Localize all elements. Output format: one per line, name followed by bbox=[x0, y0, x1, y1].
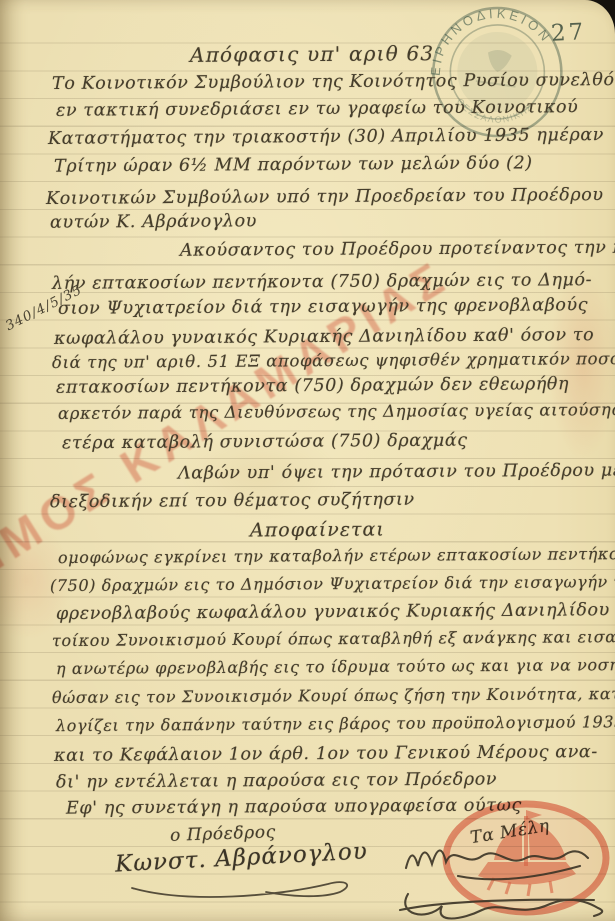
manuscript-line: φρενοβλαβούς κωφαλάλου γυναικός Κυριακής… bbox=[56, 600, 615, 624]
manuscript-line: αυτών Κ. Αβράνογλου bbox=[50, 211, 257, 232]
page-number: 27 bbox=[550, 19, 587, 47]
manuscript-line: θώσαν εις τον Συνοικισμόν Κουρί όπως ζήσ… bbox=[52, 684, 615, 707]
manuscript-line: αρκετόν παρά της Διευθύνσεως της Δημοσία… bbox=[58, 400, 615, 423]
manuscript-line: κωφαλάλου γυναικός Κυριακής Δανιηλίδου κ… bbox=[54, 325, 594, 349]
manuscript-line: Τρίτην ώραν 6½ ΜΜ παρόντων των μελών δύο… bbox=[54, 153, 533, 176]
manuscript-line: Καταστήματος την τριακοστήν (30) Απριλίο… bbox=[48, 125, 604, 149]
manuscript-line: λήν επτακοσίων πεντήκοντα (750) δραχμών … bbox=[52, 270, 592, 294]
manuscript-line: ομοφώνως εγκρίνει την καταβολήν ετέρων ε… bbox=[58, 544, 615, 567]
president-label: ο Πρόεδρος bbox=[170, 822, 276, 846]
president-signature: Κωνστ. Αβράνογλου bbox=[114, 838, 368, 877]
manuscript-line: η ανωτέρω φρενοβλαβής εις το ίδρυμα τούτ… bbox=[56, 655, 615, 678]
manuscript-line: διεξοδικήν επί του θέματος συζήτησιν bbox=[50, 490, 415, 513]
manuscript-line: Το Κοινοτικόν Συμβούλιον της Κοινότητος … bbox=[52, 70, 615, 94]
manuscript-line: λογίζει την δαπάνην ταύτην εις βάρος του… bbox=[56, 712, 615, 735]
manuscript-line: Ακούσαντος του Προέδρου προτείναντος την… bbox=[180, 237, 615, 261]
manuscript-line: εν τακτική συνεδριάσει εν τω γραφείω του… bbox=[56, 97, 579, 121]
manuscript-line: ετέρα καταβολή συνιστώσα (750) δραχμάς bbox=[62, 431, 468, 454]
members-signatures bbox=[398, 838, 615, 920]
manuscript-line: τοίκου Συνοικισμού Κουρί όπως καταβληθή … bbox=[52, 627, 615, 650]
manuscript-line: Λαβών υπ' όψει την πρότασιν του Προέδρου… bbox=[178, 460, 615, 483]
manuscript-line: Κοινοτικών Συμβούλων υπό την Προεδρείαν … bbox=[46, 185, 604, 209]
manuscript-line: (750) δραχμών εις το Δημόσιον Ψυχιατρείο… bbox=[50, 572, 615, 595]
signature-flourish bbox=[128, 876, 363, 904]
decision-title: Απόφασις υπ' αριθ 63 bbox=[190, 41, 434, 67]
decision-heading: Αποφαίνεται bbox=[250, 519, 385, 542]
manuscript-line: δι' ην εντέλλεται η παρούσα εις τον Πρόε… bbox=[56, 769, 497, 792]
manuscript-line: και το Κεφάλαιον 1ον άρθ. 1ον του Γενικο… bbox=[54, 742, 598, 766]
manuscript-line: διά της υπ' αριθ. 51 ΕΞ αποφάσεως ψηφισθ… bbox=[52, 349, 615, 372]
scanned-manuscript-page: ΕΙΡΗΝΟΔΙΚΕΙΟΝ ΘΕΣΣΑΛΟΝΙΚΗΣ 27 340/4/5/35… bbox=[0, 0, 615, 921]
manuscript-line: επτακοσίων πεντήκοντα (750) δραχμών δεν … bbox=[56, 374, 569, 398]
manuscript-line: σιον Ψυχιατρείον διά την εισαγωγήν της φ… bbox=[58, 295, 588, 319]
